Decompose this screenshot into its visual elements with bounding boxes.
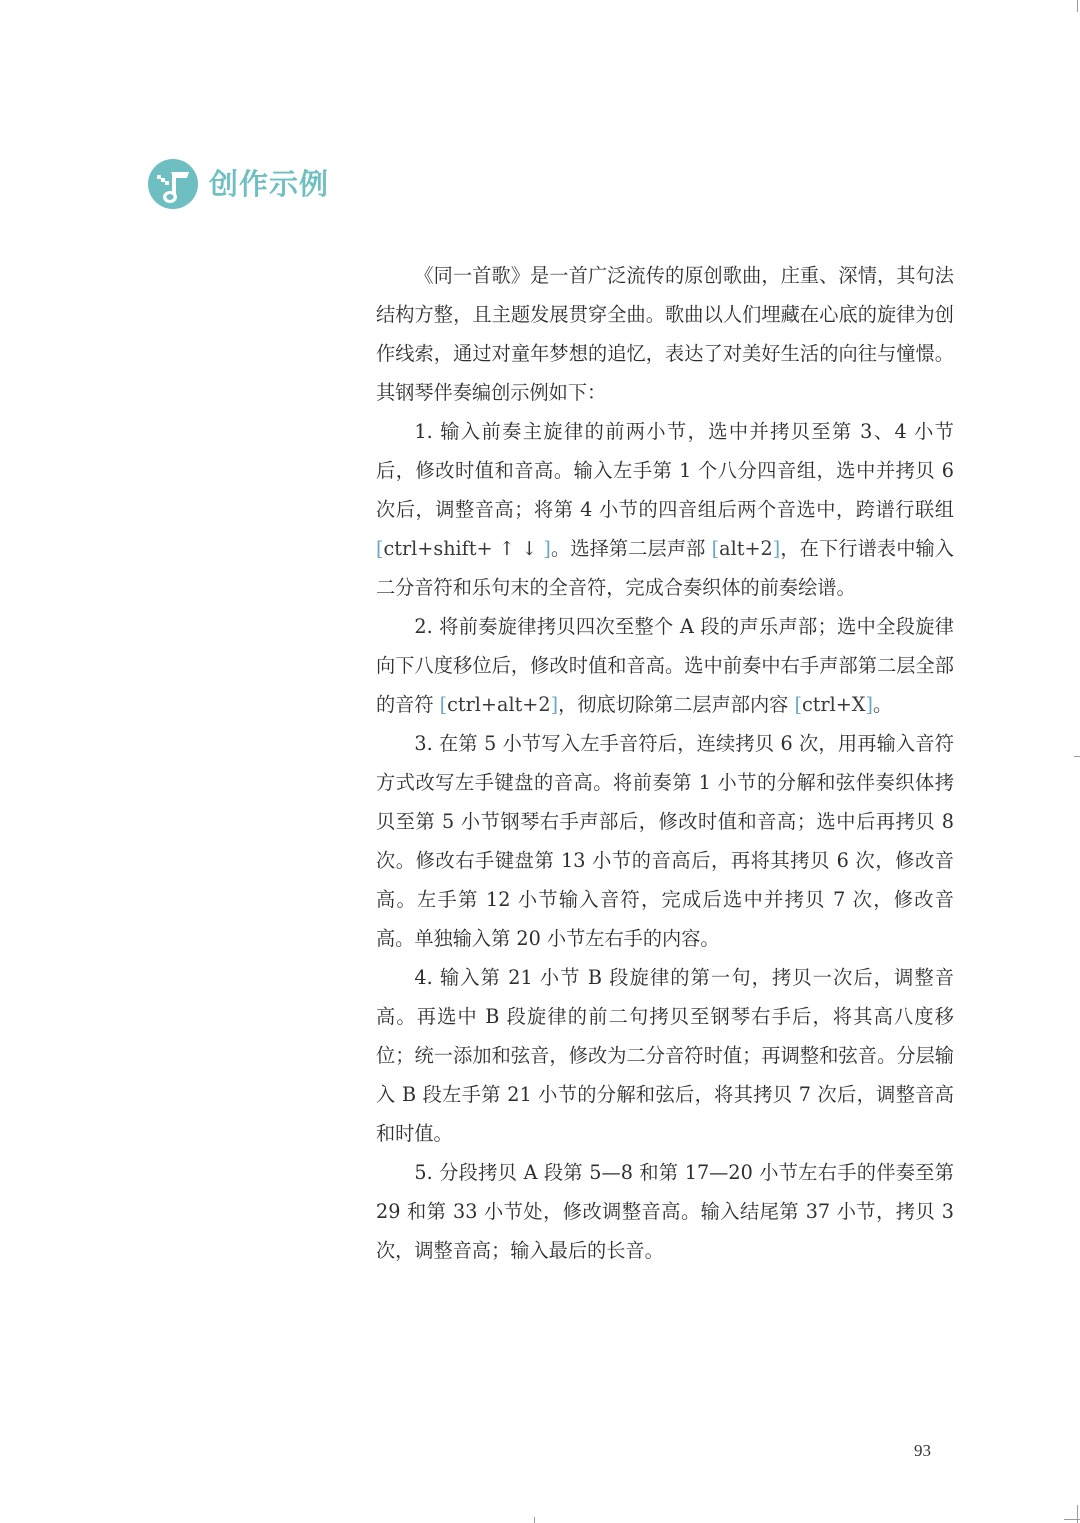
shortcut-bracket: [alt+2]	[712, 537, 781, 560]
shortcut-alt-2: alt+2	[719, 537, 773, 560]
step-text: ，彻底切除第二层声部内容	[558, 693, 794, 716]
step-4: 4. 输入第 21 小节 B 段旋律的第一句，拷贝一次后，调整音高。再选中 B …	[376, 958, 954, 1153]
shortcut-ctrl-shift-arrows: ctrl+shift+ ↑ ↓	[384, 537, 544, 560]
shortcut-ctrl-alt-2: ctrl+alt+2	[447, 693, 550, 716]
step-text: 1. 输入前奏主旋律的前两小节，选中并拷贝至第 3、4 小节后，修改时值和音高。…	[376, 420, 954, 521]
music-note-icon	[147, 158, 199, 210]
crop-mark-bottom-middle	[534, 1517, 535, 1523]
step-text: 。	[873, 693, 892, 716]
step-3: 3. 在第 5 小节写入左手音符后，连续拷贝 6 次，用再输入音符方式改写左手键…	[376, 724, 954, 958]
shortcut-bracket: [ctrl+alt+2]	[440, 693, 558, 716]
crop-mark-top-right	[1077, 0, 1078, 12]
crop-mark-bottom-right-v	[1077, 1505, 1078, 1523]
intro-paragraph: 《同一首歌》是一首广泛流传的原创歌曲，庄重、深情，其句法结构方整，且主题发展贯穿…	[376, 256, 954, 412]
crop-mark-right-middle	[1074, 756, 1080, 757]
step-text: 。选择第二层声部	[551, 537, 712, 560]
step-1: 1. 输入前奏主旋律的前两小节，选中并拷贝至第 3、4 小节后，修改时值和音高。…	[376, 412, 954, 607]
shortcut-bracket: [ctrl+X]	[794, 693, 873, 716]
step-5: 5. 分段拷贝 A 段第 5—8 和第 17—20 小节左右手的伴奏至第 29 …	[376, 1153, 954, 1270]
body-text: 《同一首歌》是一首广泛流传的原创歌曲，庄重、深情，其句法结构方整，且主题发展贯穿…	[376, 256, 954, 1270]
section-title: 创作示例	[209, 158, 329, 210]
step-2: 2. 将前奏旋律拷贝四次至整个 A 段的声乐声部；选中全段旋律向下八度移位后，修…	[376, 607, 954, 724]
crop-mark-bottom-right-h	[1064, 1519, 1080, 1520]
shortcut-bracket: [ctrl+shift+ ↑ ↓ ]	[376, 537, 551, 560]
page-number: 93	[914, 1441, 931, 1461]
shortcut-ctrl-x: ctrl+X	[802, 693, 866, 716]
section-header: 创作示例	[147, 158, 329, 210]
